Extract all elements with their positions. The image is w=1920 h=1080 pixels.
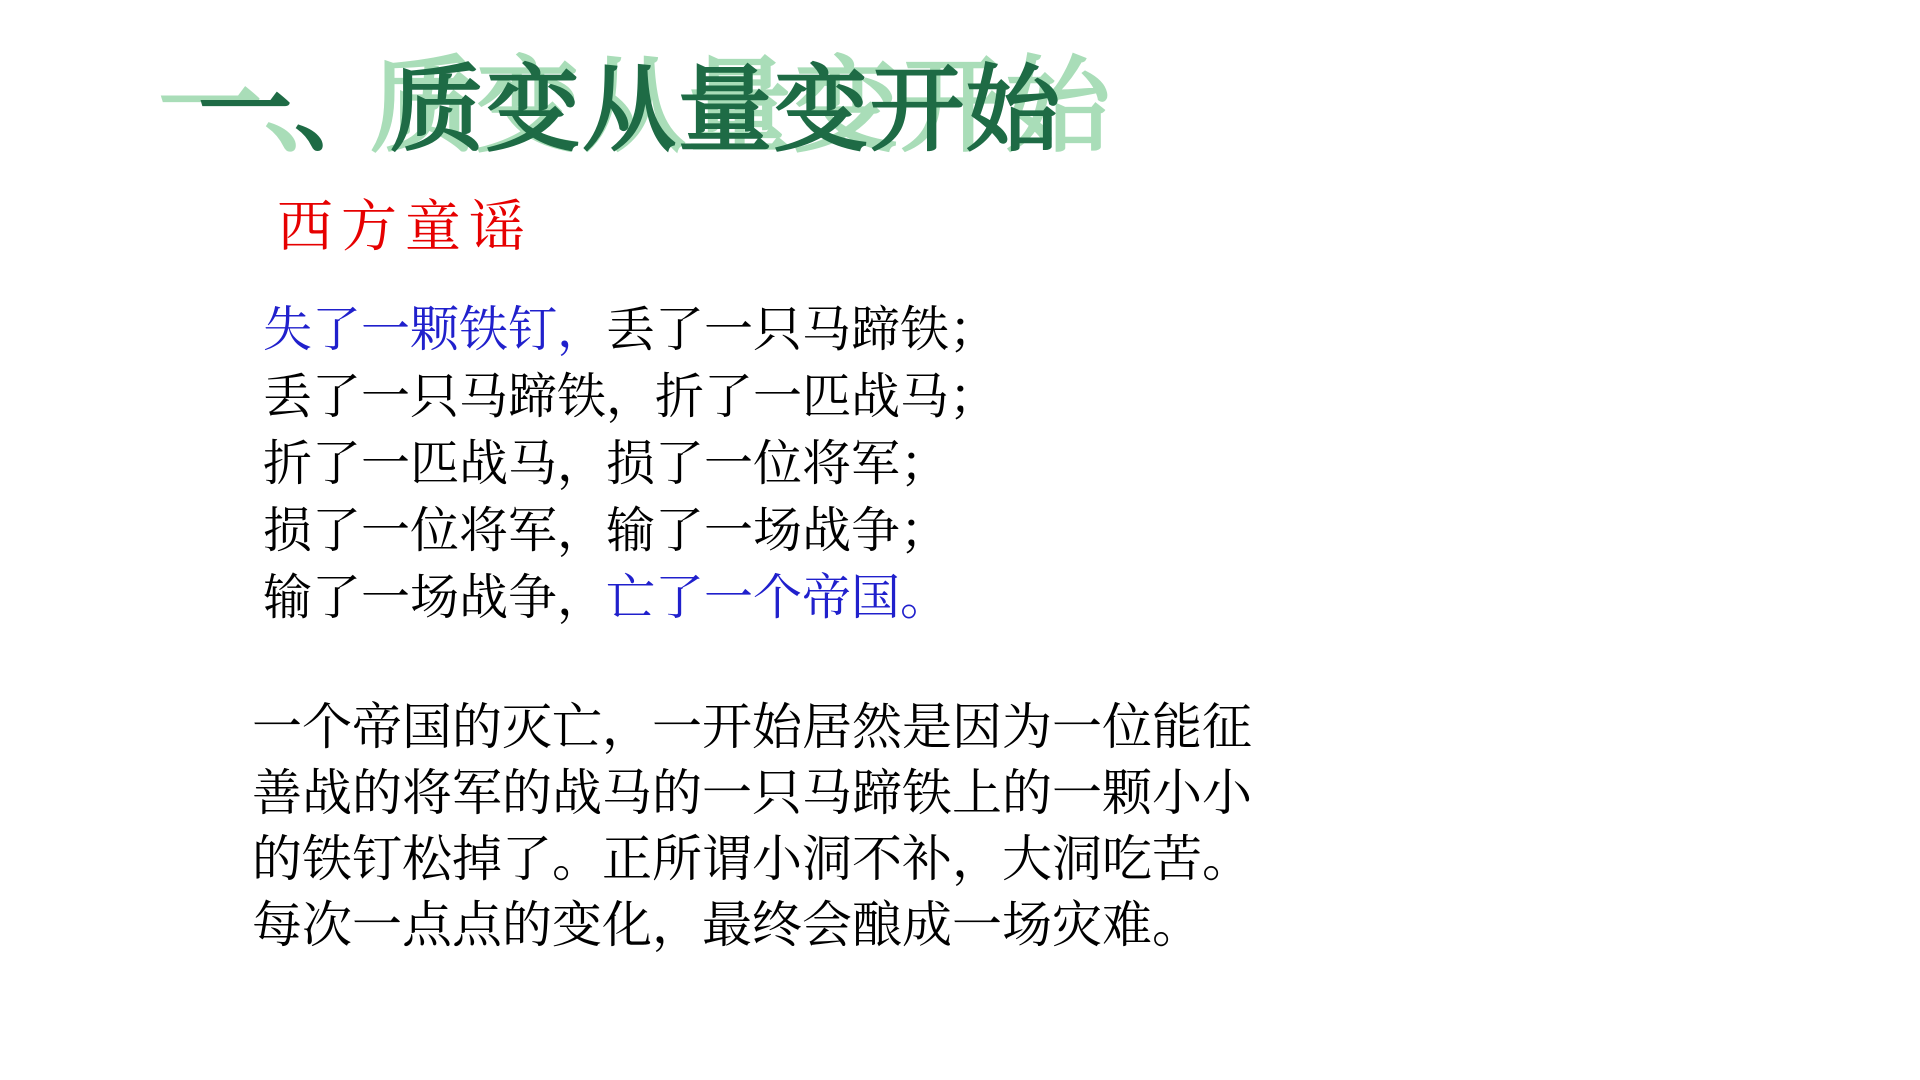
slide-canvas: 一、质变从量变开始 一、质变从量变开始 西方童谣 失了一颗铁钉，丢了一只马蹄铁；… [0,0,1920,1080]
poem-line-5: 输了一场战争，亡了一个帝国。 [263,564,998,631]
poem-line-5-blue-segment: 亡了一个帝国。 [606,570,949,625]
slide-title: 一、质变从量变开始 一、质变从量变开始 [164,22,1364,162]
poem-line-2: 丢了一只马蹄铁，折了一匹战马； [263,363,998,430]
paragraph-line-2: 善战的将军的战马的一只马蹄铁上的一颗小小 [252,760,1252,826]
poem-line-1: 失了一颗铁钉，丢了一只马蹄铁； [263,296,998,363]
poem-line-1-blue-segment: 失了一颗铁钉， [263,302,606,357]
commentary-paragraph: 一个帝国的灭亡，一开始居然是因为一位能征 善战的将军的战马的一只马蹄铁上的一颗小… [252,694,1252,958]
poem-block: 失了一颗铁钉，丢了一只马蹄铁； 丢了一只马蹄铁，折了一匹战马； 折了一匹战马，损… [263,296,998,631]
paragraph-line-4: 每次一点点的变化，最终会酿成一场灾难。 [252,892,1252,958]
paragraph-line-1: 一个帝国的灭亡，一开始居然是因为一位能征 [252,694,1252,760]
subtitle-western-rhyme: 西方童谣 [277,183,533,263]
paragraph-line-3: 的铁钉松掉了。正所谓小洞不补，大洞吃苦。 [252,826,1252,892]
poem-line-1-black-segment: 丢了一只马蹄铁； [606,302,998,357]
slide-title-text: 一、质变从量变开始 [198,34,1062,169]
poem-line-3: 折了一匹战马，损了一位将军； [263,430,998,497]
poem-line-4: 损了一位将军，输了一场战争； [263,497,998,564]
poem-line-5-black-segment: 输了一场战争， [263,570,606,625]
